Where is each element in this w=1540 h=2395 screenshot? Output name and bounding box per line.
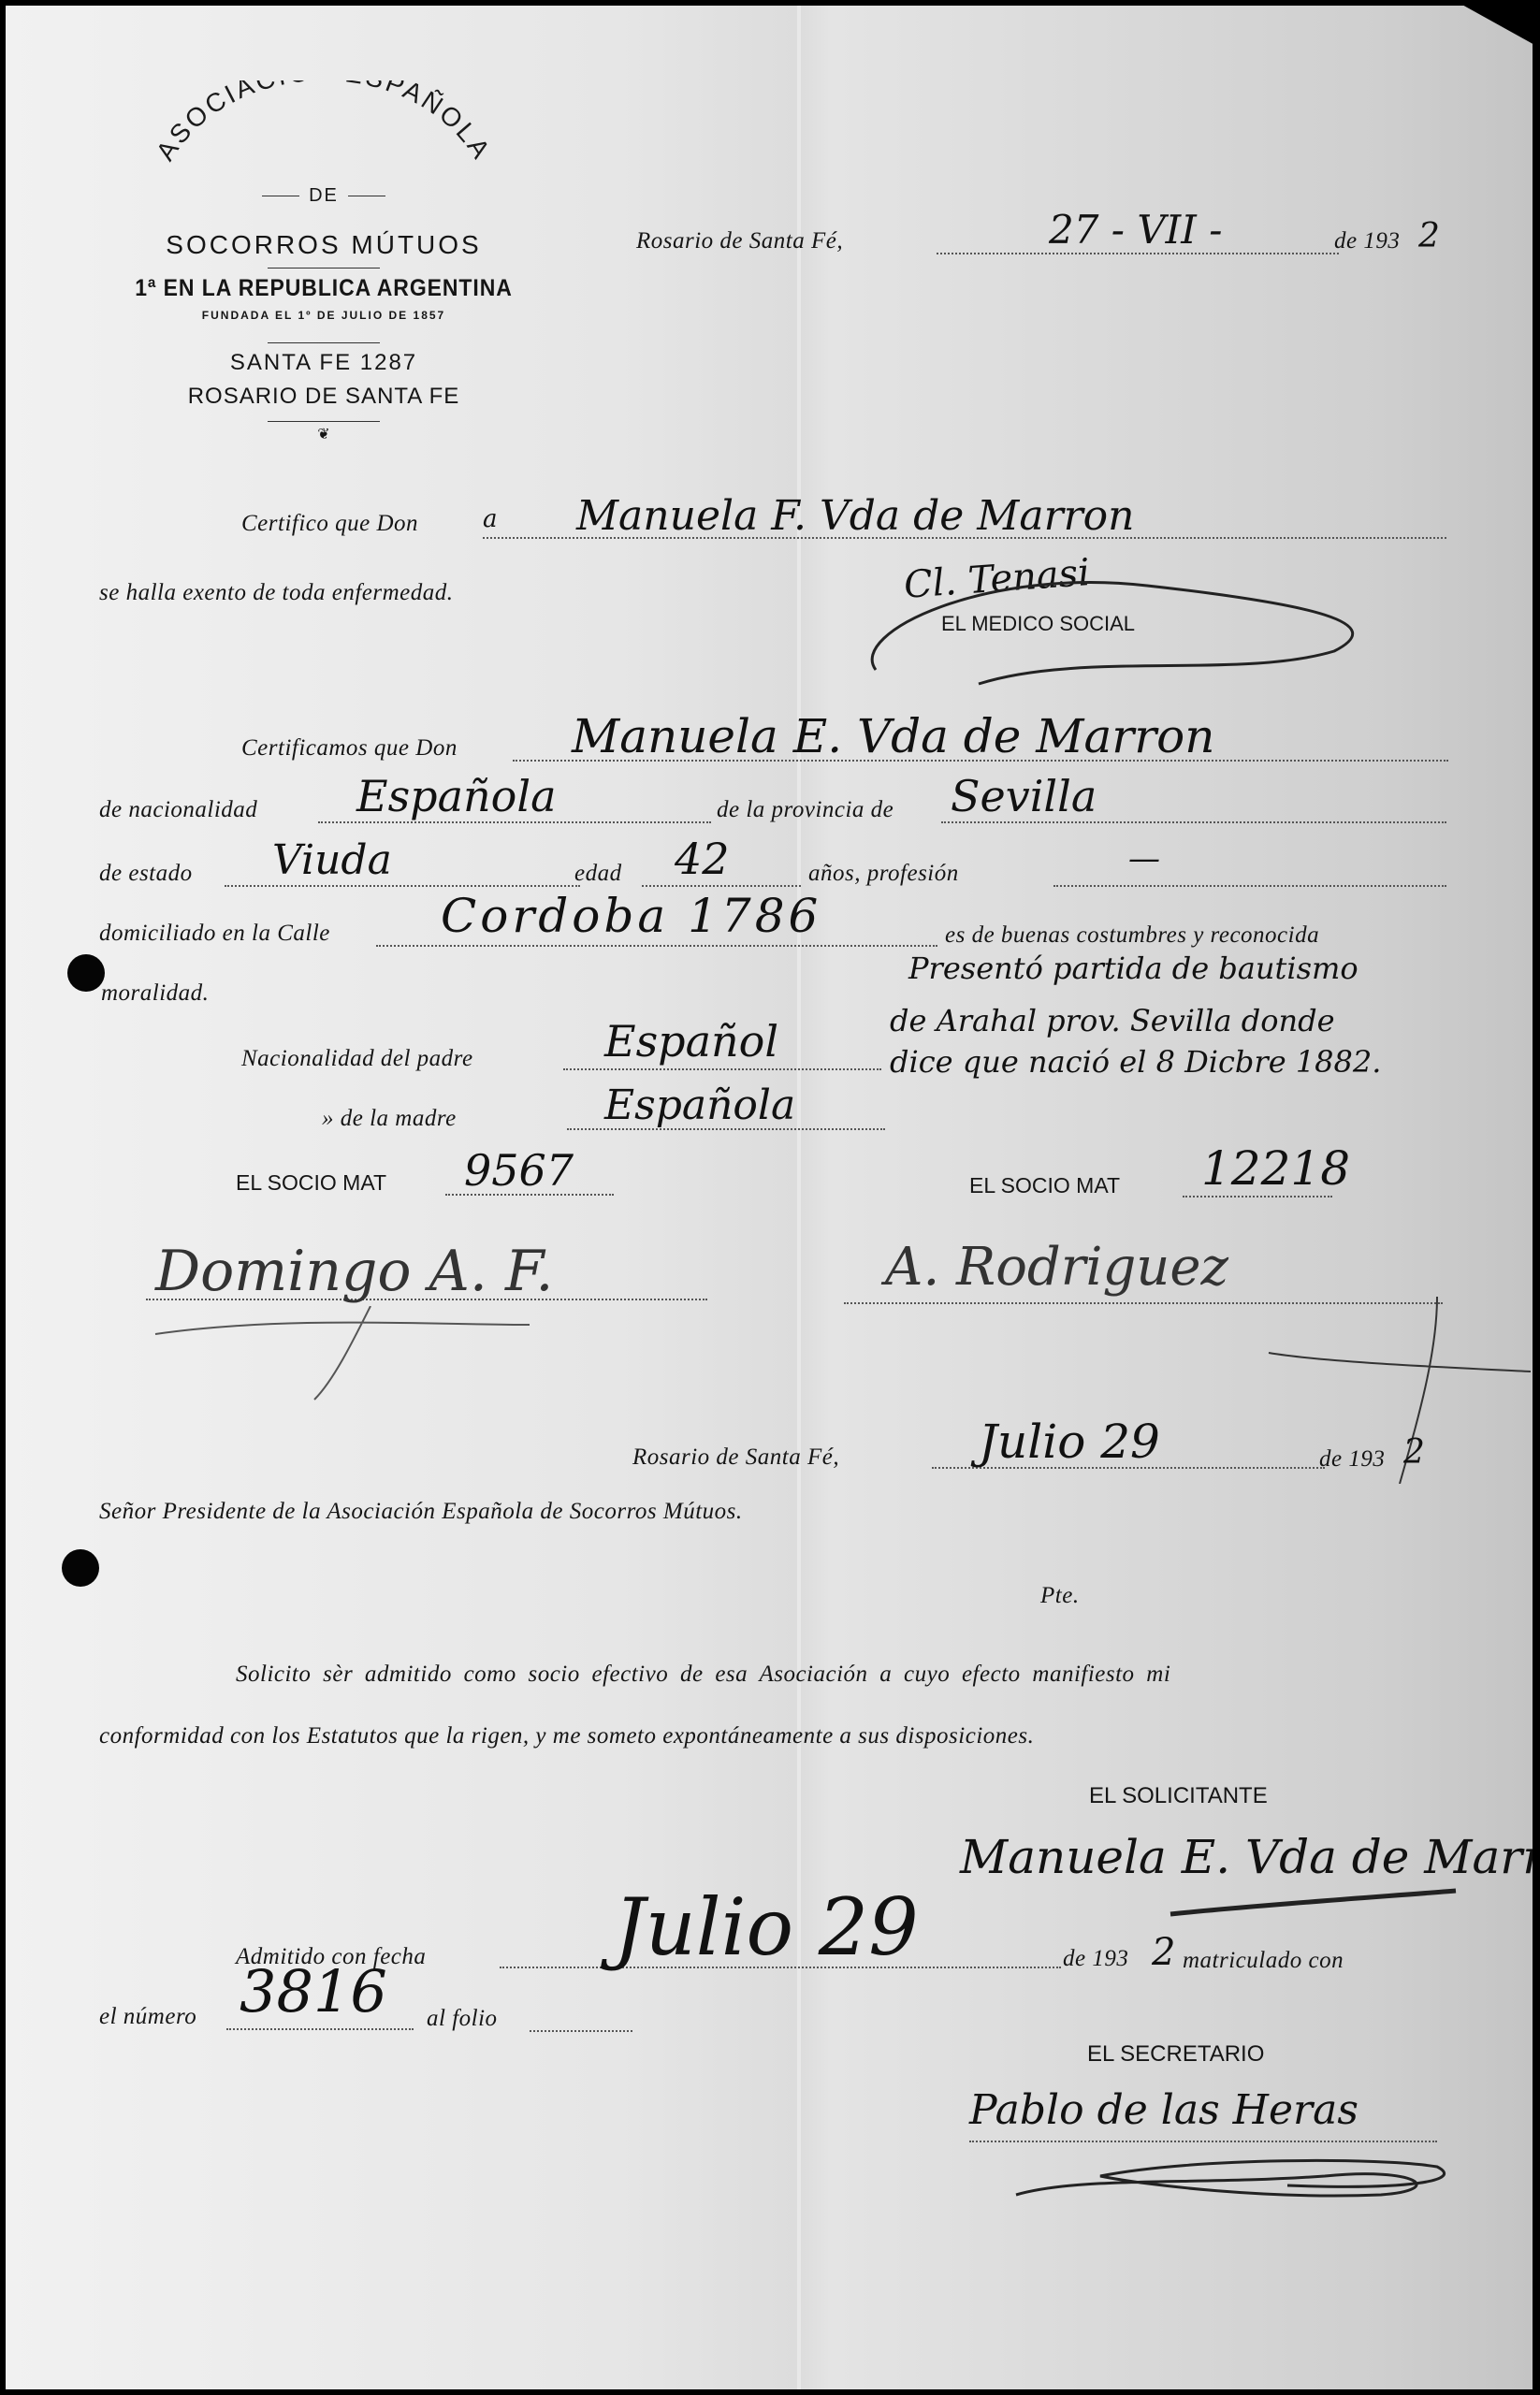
sponsor-1-signature: Domingo A. F.: [155, 1239, 553, 1304]
application-year-suffix: 2: [1403, 1433, 1425, 1472]
letterhead-address: SANTA FE 1287: [118, 350, 530, 376]
arc-title: ASOCIACION ESPAÑOLA: [118, 80, 530, 230]
application-body-line-1: Solicito sèr admitido como socio efectiv…: [236, 1662, 1170, 1688]
folio-label: al folio: [427, 2006, 498, 2032]
province-value: Sevilla: [951, 771, 1097, 821]
province-label: de la provincia de: [717, 797, 893, 823]
certify-label: Certificamos que Don: [241, 735, 458, 762]
medical-statement: se halla exento de toda enfermedad.: [99, 580, 454, 606]
note-line-1: Presentó partida de bautismo: [908, 951, 1358, 986]
enrolled-label: matriculado con: [1183, 1948, 1344, 1974]
state-value: Viuda: [272, 836, 392, 884]
father-value: Español: [604, 1016, 778, 1067]
addressee: Señor Presidente de la Asociación Españo…: [99, 1499, 743, 1525]
conduct-text: es de buenas costumbres y reconocida: [945, 922, 1319, 949]
medical-label: Certifico que Don: [241, 511, 418, 537]
sponsor-2-number: 12218: [1201, 1141, 1350, 1196]
header-year-prefix: de 193: [1334, 228, 1400, 254]
header-year-suffix: 2: [1418, 217, 1440, 255]
letterhead-de: DE: [118, 185, 530, 207]
age-value: 42: [675, 834, 730, 884]
letterhead-name: SOCORROS MÚTUOS: [118, 230, 530, 260]
admission-year-suffix: 2: [1152, 1931, 1175, 1974]
medical-patient-name: Manuela F. Vda de Marron: [576, 492, 1134, 540]
state-label: de estado: [99, 861, 193, 887]
nationality-label: de nacionalidad: [99, 797, 257, 823]
header-date-value: 27 - VII -: [1049, 207, 1222, 253]
sponsor-1-number: 9567: [464, 1145, 574, 1196]
sponsor-1-label: EL SOCIO MAT: [236, 1170, 386, 1196]
note-line-2: de Arahal prov. Sevilla donde: [890, 1003, 1335, 1038]
address-value: Cordoba 1786: [441, 889, 821, 943]
nationality-value: Española: [356, 771, 557, 821]
sponsor-1-flourish: [146, 1306, 707, 1409]
sponsor-2-flourish: [1250, 1297, 1531, 1484]
paper-fold: [797, 6, 801, 2389]
number-label: el número: [99, 2004, 196, 2030]
punch-hole: [67, 954, 105, 992]
application-year-prefix: de 193: [1319, 1446, 1385, 1473]
mother-value: Española: [604, 1081, 795, 1129]
divider: [268, 268, 380, 269]
secretary-signature: Pablo de las Heras: [969, 2086, 1358, 2134]
address-label: domiciliado en la Calle: [99, 921, 330, 947]
applicant-signature: Manuela E. Vda de Marron: [960, 1830, 1540, 1884]
age-label: edad: [574, 861, 622, 887]
header-date-label: Rosario de Santa Fé,: [636, 228, 843, 254]
divider: [268, 342, 380, 343]
punch-hole: [62, 1549, 99, 1587]
admission-number: 3816: [240, 1957, 387, 2025]
doctor-title: EL MEDICO SOCIAL: [941, 612, 1135, 636]
divider: [268, 421, 380, 422]
sponsor-2-signature: A. Rodriguez: [885, 1237, 1228, 1298]
applicant-title: EL SOLICITANTE: [1089, 1783, 1268, 1809]
father-label: Nacionalidad del padre: [241, 1046, 473, 1072]
application-date-value: Julio 29: [979, 1415, 1160, 1469]
application-date-label: Rosario de Santa Fé,: [632, 1444, 839, 1471]
application-body-line-2: conformidad con los Estatutos que la rig…: [99, 1723, 1034, 1749]
ornament-icon: ❦: [118, 425, 530, 443]
morality-text: moralidad.: [101, 980, 209, 1007]
letterhead: ASOCIACION ESPAÑOLA DE SOCORROS MÚTUOS 1…: [118, 80, 530, 455]
sponsor-2-label: EL SOCIO MAT: [969, 1173, 1120, 1198]
letterhead-city: ROSARIO DE SANTA FE: [118, 384, 530, 410]
admission-year-prefix: de 193: [1063, 1946, 1128, 1972]
addressee-pte: Pte.: [1040, 1583, 1080, 1609]
secretary-flourish: [1007, 2148, 1475, 2223]
secretary-title: EL SECRETARIO: [1087, 2041, 1264, 2068]
document-page: ASOCIACION ESPAÑOLA DE SOCORROS MÚTUOS 1…: [6, 6, 1533, 2389]
note-line-3: dice que nació el 8 Dicbre 1882.: [890, 1044, 1381, 1080]
svg-text:ASOCIACION ESPAÑOLA: ASOCIACION ESPAÑOLA: [151, 80, 497, 166]
letterhead-first: 1ª EN LA REPUBLICA ARGENTINA: [135, 275, 514, 302]
letterhead-founded: FUNDADA EL 1º DE JULIO DE 1857: [118, 309, 530, 322]
applicant-underline: [1166, 1886, 1465, 1923]
mother-label: » de la madre: [322, 1106, 457, 1132]
profession-value: —: [1128, 840, 1160, 878]
admission-date: Julio 29: [614, 1881, 919, 1973]
member-name: Manuela E. Vda de Marron: [572, 709, 1214, 763]
profession-label: años, profesión: [808, 861, 959, 887]
